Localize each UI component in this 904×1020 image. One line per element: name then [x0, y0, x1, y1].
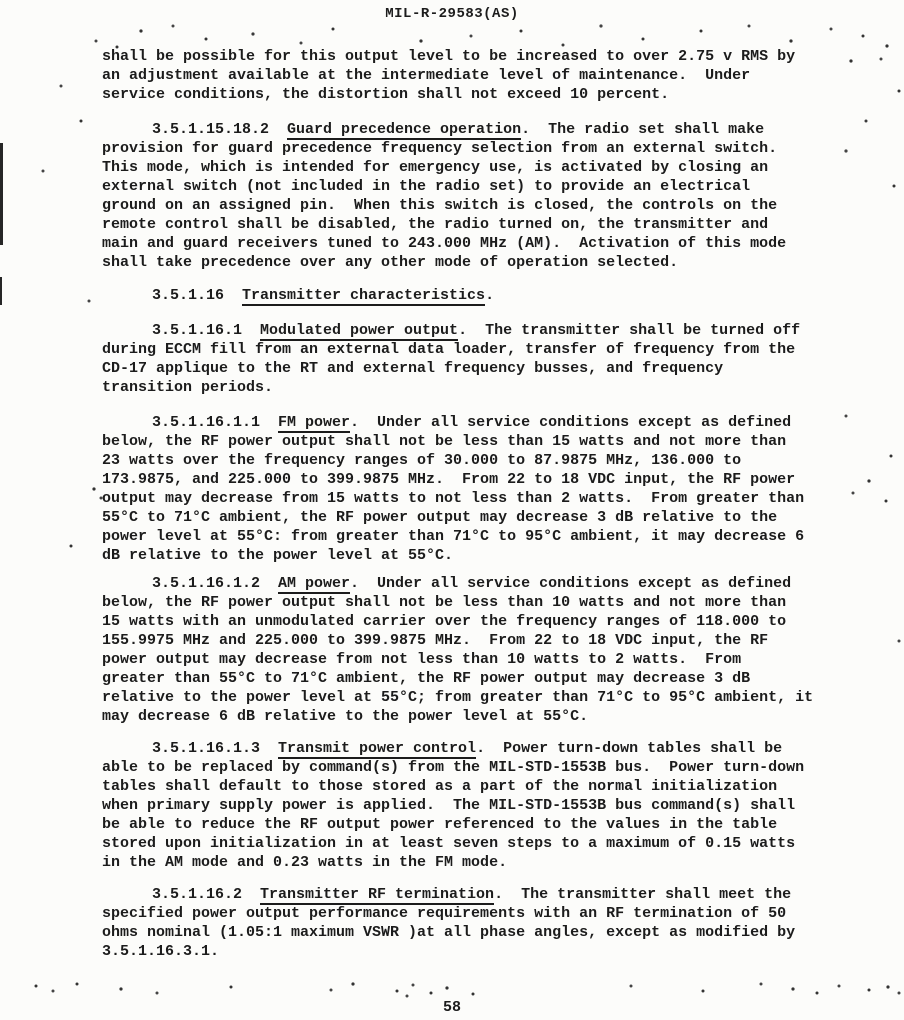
- scan-edge-artifact: [0, 277, 2, 305]
- section-title: Transmit power control: [278, 740, 476, 759]
- section-number: 3.5.1.15.18.2: [152, 121, 269, 138]
- first-line-text: . Power turn-down tables shall be: [476, 740, 782, 757]
- paragraph-body: below, the RF power output shall not be …: [102, 432, 862, 565]
- section-number: 3.5.1.16.1.3: [152, 740, 260, 757]
- first-line-text: . Under all service conditions except as…: [350, 414, 791, 431]
- paragraph-first-line: 3.5.1.16.2Transmitter RF termination. Th…: [102, 885, 862, 904]
- paragraph-am-power: 3.5.1.16.1.2AM power. Under all service …: [102, 574, 862, 726]
- section-title: Transmitter RF termination: [260, 886, 494, 905]
- first-line-text: . The transmitter shall meet the: [494, 886, 791, 903]
- document-body: shall be possible for this output level …: [102, 47, 862, 961]
- paragraph-first-line: 3.5.1.16.1.1FM power. Under all service …: [102, 413, 862, 432]
- document-page: MIL-R-29583(AS) shall be possible for th…: [0, 0, 904, 1020]
- section-title: FM power: [278, 414, 350, 433]
- paragraph-first-line: 3.5.1.16.1.2AM power. Under all service …: [102, 574, 862, 593]
- paragraph-transmit-power-control: 3.5.1.16.1.3Transmit power control. Powe…: [102, 739, 862, 872]
- section-number: 3.5.1.16: [152, 287, 224, 304]
- paragraph-first-line: 3.5.1.16.1.3Transmit power control. Powe…: [102, 739, 862, 758]
- paragraph-body: specified power output performance requi…: [102, 904, 862, 961]
- first-line-text: . Under all service conditions except as…: [350, 575, 791, 592]
- page-number: 58: [0, 999, 904, 1016]
- scan-noise-specks: [0, 0, 2, 2]
- paragraph-body: below, the RF power output shall not be …: [102, 593, 862, 726]
- paragraph-guard-precedence: 3.5.1.15.18.2Guard precedence operation.…: [102, 120, 862, 272]
- paragraph-body: provision for guard precedence frequency…: [102, 139, 862, 272]
- paragraph-continuation: shall be possible for this output level …: [102, 47, 862, 104]
- section-number: 3.5.1.16.1: [152, 322, 242, 339]
- paragraph-fm-power: 3.5.1.16.1.1FM power. Under all service …: [102, 413, 862, 565]
- section-title: Guard precedence operation: [287, 121, 521, 140]
- first-line-text: .: [485, 287, 494, 304]
- section-number: 3.5.1.16.1.2: [152, 575, 260, 592]
- paragraph-body: during ECCM fill from an external data l…: [102, 340, 862, 397]
- paragraph-first-line: 3.5.1.15.18.2Guard precedence operation.…: [102, 120, 862, 139]
- section-number: 3.5.1.16.2: [152, 886, 242, 903]
- section-number: 3.5.1.16.1.1: [152, 414, 260, 431]
- paragraph-body: able to be replaced by command(s) from t…: [102, 758, 862, 872]
- first-line-text: . The radio set shall make: [521, 121, 764, 138]
- paragraph-rf-termination: 3.5.1.16.2Transmitter RF termination. Th…: [102, 885, 862, 961]
- paragraph-first-line: 3.5.1.16.1Modulated power output. The tr…: [102, 321, 862, 340]
- paragraph-first-line: 3.5.1.16Transmitter characteristics.: [102, 286, 862, 305]
- paragraph-body: shall be possible for this output level …: [102, 47, 862, 104]
- doc-header-title: MIL-R-29583(AS): [0, 6, 904, 22]
- section-title: AM power: [278, 575, 350, 594]
- section-title: Modulated power output: [260, 322, 458, 341]
- section-title: Transmitter characteristics: [242, 287, 485, 306]
- heading-transmitter-characteristics: 3.5.1.16Transmitter characteristics.: [102, 286, 862, 305]
- first-line-text: . The transmitter shall be turned off: [458, 322, 800, 339]
- scan-edge-artifact: [0, 143, 3, 245]
- paragraph-modulated-power-output: 3.5.1.16.1Modulated power output. The tr…: [102, 321, 862, 397]
